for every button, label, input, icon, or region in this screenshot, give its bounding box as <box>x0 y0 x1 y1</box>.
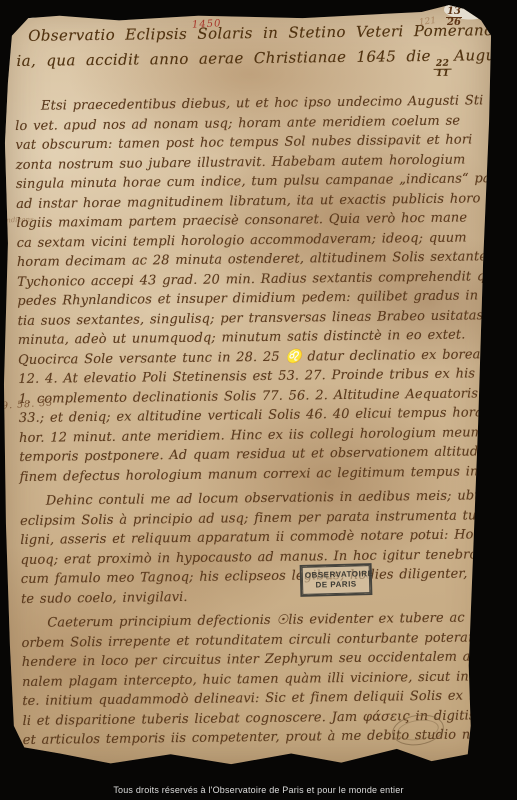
title-line-2-suffix: Augusti fenz- <box>454 45 517 64</box>
margin-note-indicans: indicans <box>4 215 34 224</box>
date-fraction-bottom: 11 <box>436 70 449 79</box>
body-text: Etsi praecedentibus diebus, ut et hoc ip… <box>15 91 517 770</box>
stamp-line-2: DE PARIS <box>305 579 367 591</box>
date-fraction: 2211 <box>434 60 452 79</box>
manuscript-text: Observatio Eclipsis Solaris in Stetino V… <box>14 18 517 770</box>
observatoire-de-paris-stamp: OBSERVATOIRE DE PARIS <box>300 563 373 597</box>
paper-chip-top-left <box>21 3 43 19</box>
title-line-2-prefix: ia, qua accidit anno aerae Christianae 1… <box>16 47 431 70</box>
blind-seal-inner-ring <box>396 717 441 743</box>
manuscript-page: 1450 121 13 26 Observatio Eclipsis Solar… <box>0 2 496 768</box>
title-line-2: ia, qua accidit anno aerae Christianae 1… <box>14 43 510 84</box>
copyright-footer: Tous droits réservés à l'Observatoire de… <box>0 785 517 795</box>
